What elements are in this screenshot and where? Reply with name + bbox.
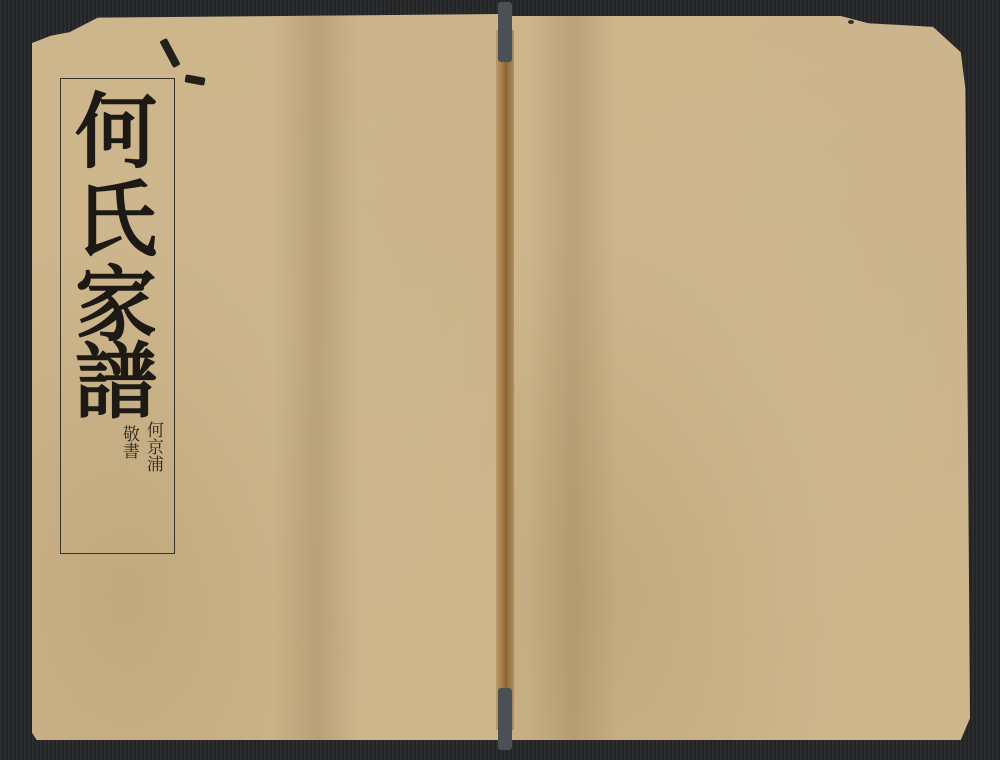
inscription-respectfully-written: 敬書 xyxy=(119,425,137,459)
binding-tab-bottom xyxy=(498,688,512,750)
inscription-author: 何京浦 xyxy=(143,421,161,472)
title-char: 氏 xyxy=(75,179,157,261)
title-char: 何 xyxy=(75,91,157,173)
fold-shadow xyxy=(272,14,362,740)
binding-tab-top xyxy=(498,2,512,62)
book-spine xyxy=(496,30,514,730)
ink-spot xyxy=(848,20,854,24)
title-char: 譜 xyxy=(75,341,157,423)
fold-shadow xyxy=(528,16,618,740)
back-cover xyxy=(508,16,970,740)
title-label: 何 氏 家 譜 何京浦 敬書 xyxy=(60,78,175,554)
